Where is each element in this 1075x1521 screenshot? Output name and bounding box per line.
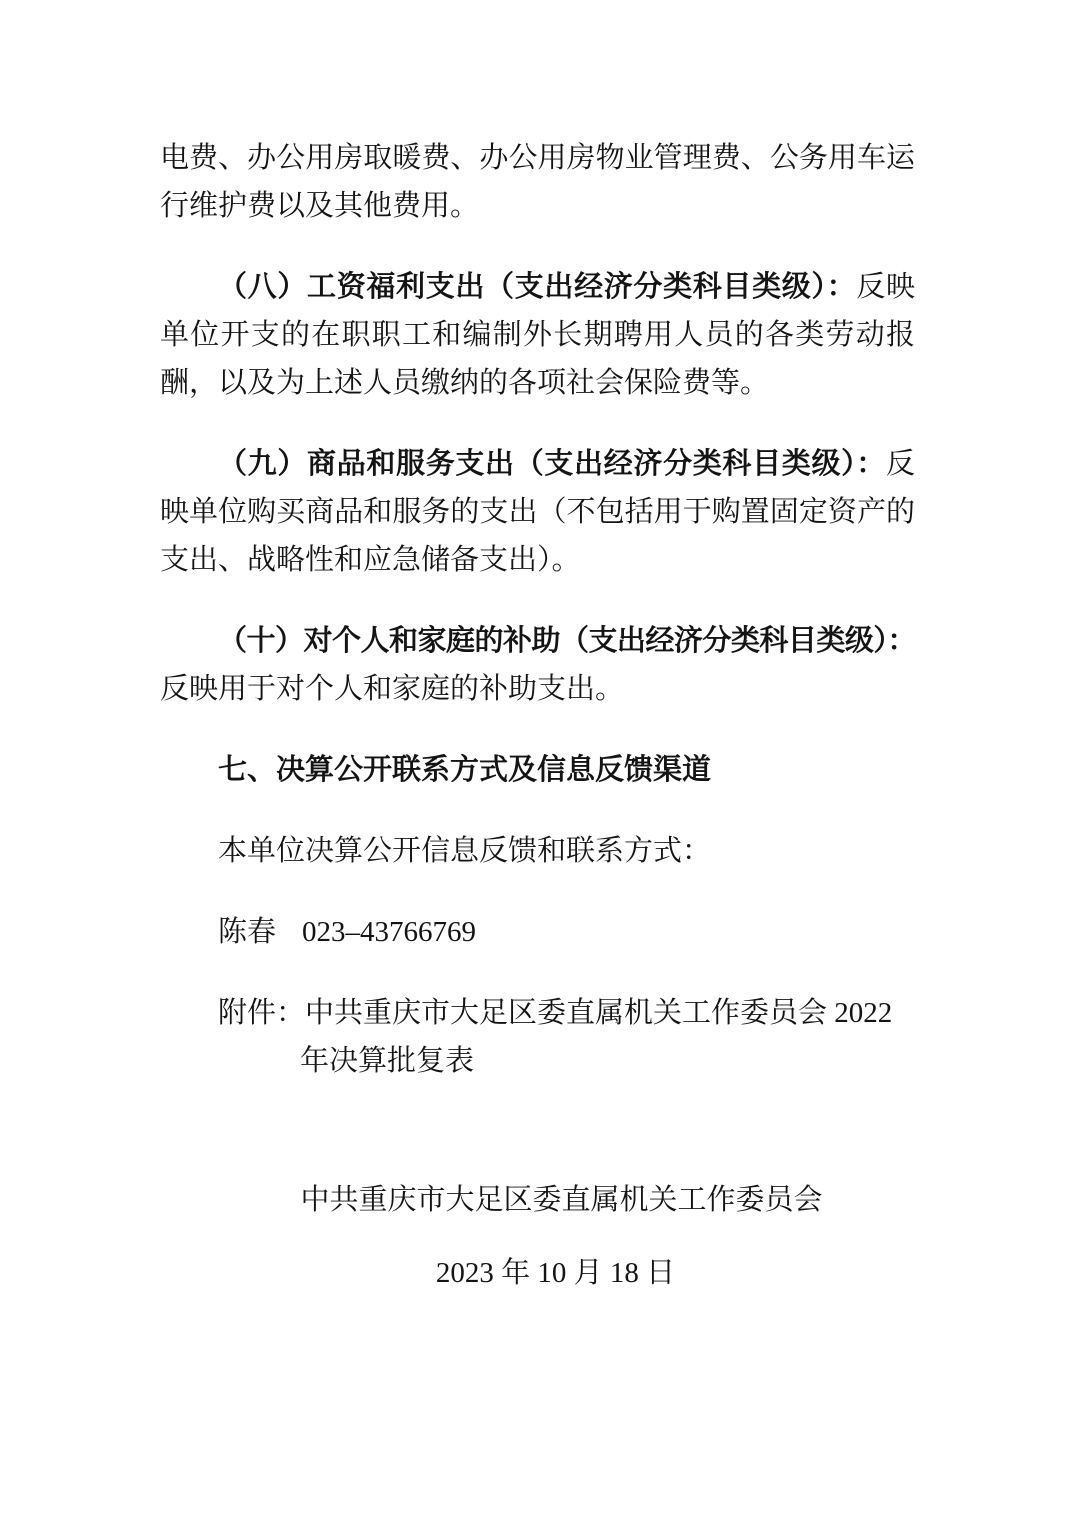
text-line: 附件：中共重庆市大足区委直属机关工作委员会 2022 — [160, 989, 915, 1037]
text-line: 陈春023–43766769 — [160, 908, 915, 956]
text-line: 映单位购买商品和服务的支出（不包括用于购置固定资产的 — [160, 488, 915, 536]
body-text: 酬，以及为上述人员缴纳的各项社会保险费等。 — [160, 367, 769, 399]
text-line: 七、决算公开联系方式及信息反馈渠道 — [160, 746, 915, 794]
text-line: （八）工资福利支出（支出经济分类科目类级）：反映 — [160, 263, 915, 311]
text-line: 电费、办公用房取暖费、办公用房物业管理费、公务用车运 — [160, 134, 915, 182]
text-line: 单位开支的在职职工和编制外长期聘用人员的各类劳动报 — [160, 311, 915, 359]
text-line: 行维护费以及其他费用。 — [160, 182, 915, 230]
paragraph-attachment: 附件：中共重庆市大足区委直属机关工作委员会 2022 年决算批复表 — [160, 989, 915, 1085]
organization-name: 中共重庆市大足区委直属机关工作委员会 — [300, 1184, 822, 1216]
signature-date: 2023 年 10 月 18 日 — [160, 1249, 915, 1297]
signature-organization: 中共重庆市大足区委直属机关工作委员会 — [160, 1176, 915, 1224]
section-heading: （十）对个人和家庭的补助（支出经济分类科目类级）： — [218, 625, 915, 657]
text-line: （十）对个人和家庭的补助（支出经济分类科目类级）： — [160, 617, 915, 665]
chapter-heading: 七、决算公开联系方式及信息反馈渠道 — [218, 754, 711, 786]
paragraph-contact-intro: 本单位决算公开信息反馈和联系方式： — [160, 827, 915, 875]
document-page: 电费、办公用房取暖费、办公用房物业管理费、公务用车运 行维护费以及其他费用。 （… — [0, 0, 1075, 1521]
text-line: 酬，以及为上述人员缴纳的各项社会保险费等。 — [160, 359, 915, 407]
text-line: 本单位决算公开信息反馈和联系方式： — [160, 827, 915, 875]
paragraph-other-fees: 电费、办公用房取暖费、办公用房物业管理费、公务用车运 行维护费以及其他费用。 — [160, 134, 915, 230]
body-text: 单位开支的在职职工和编制外长期聘用人员的各类劳动报 — [160, 319, 915, 351]
paragraph-contact-info: 陈春023–43766769 — [160, 908, 915, 956]
body-text: 反映 — [856, 271, 915, 303]
text-line: 支出、战略性和应急储备支出）。 — [160, 536, 915, 584]
paragraph-chapter-7-heading: 七、决算公开联系方式及信息反馈渠道 — [160, 746, 915, 794]
contact-phone: 023–43766769 — [302, 916, 476, 948]
body-text: 支出、战略性和应急储备支出）。 — [160, 544, 581, 576]
text-line: 年决算批复表 — [160, 1037, 915, 1085]
body-text: 本单位决算公开信息反馈和联系方式： — [218, 835, 711, 867]
body-text: 电费、办公用房取暖费、办公用房物业管理费、公务用车运 — [160, 142, 915, 174]
attachment-title: 年决算批复表 — [300, 1045, 474, 1077]
text-line: （九）商品和服务支出（支出经济分类科目类级）：反 — [160, 440, 915, 488]
attachment-title: 中共重庆市大足区委直属机关工作委员会 2022 — [305, 997, 892, 1029]
paragraph-section-9: （九）商品和服务支出（支出经济分类科目类级）：反 映单位购买商品和服务的支出（不… — [160, 440, 915, 584]
body-text: 反映用于对个人和家庭的补助支出。 — [160, 673, 624, 705]
section-heading: （九）商品和服务支出（支出经济分类科目类级）： — [218, 448, 886, 480]
date-text: 2023 年 10 月 18 日 — [436, 1257, 675, 1289]
contact-name: 陈春 — [218, 916, 276, 948]
attachment-label: 附件： — [218, 997, 305, 1029]
text-line: 反映用于对个人和家庭的补助支出。 — [160, 665, 915, 713]
paragraph-section-8: （八）工资福利支出（支出经济分类科目类级）：反映 单位开支的在职职工和编制外长期… — [160, 263, 915, 407]
paragraph-section-10: （十）对个人和家庭的补助（支出经济分类科目类级）： 反映用于对个人和家庭的补助支… — [160, 617, 915, 713]
body-text: 映单位购买商品和服务的支出（不包括用于购置固定资产的 — [160, 496, 915, 528]
body-text: 反 — [886, 448, 915, 480]
section-heading: （八）工资福利支出（支出经济分类科目类级）： — [218, 271, 856, 303]
body-text: 行维护费以及其他费用。 — [160, 190, 479, 222]
